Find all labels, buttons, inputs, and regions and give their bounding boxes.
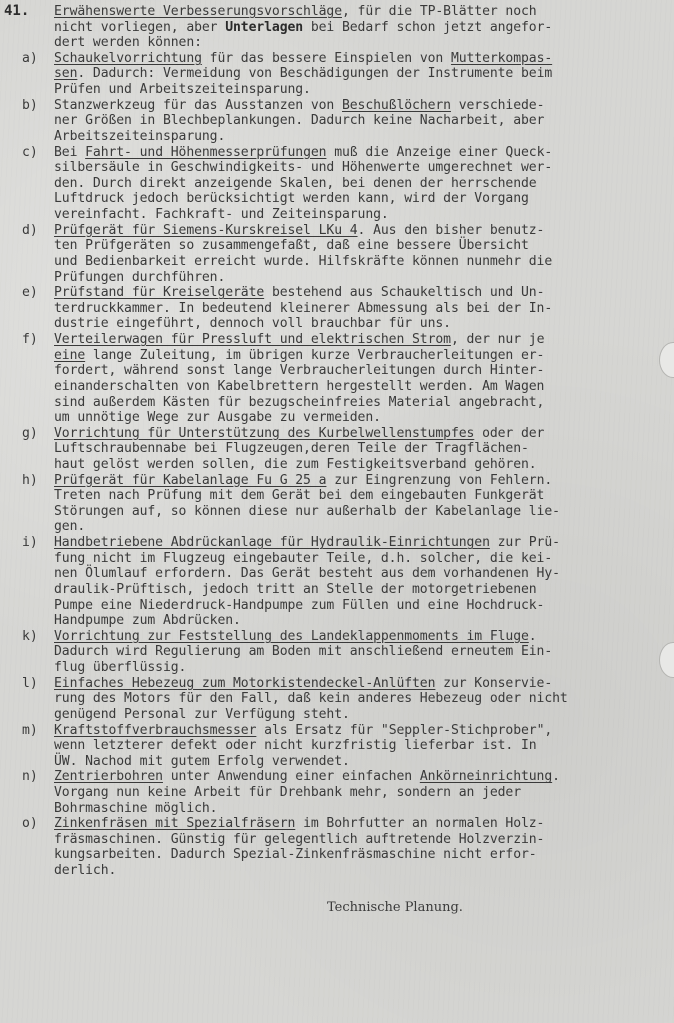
text-line: Prüfgerät für Kabelanlage Fu G 25 a zur … (54, 473, 552, 489)
item-label: b) (22, 98, 38, 114)
item-label: l) (22, 676, 38, 692)
text-line: fung nicht im Flugzeug eingebauter Teile… (54, 551, 552, 567)
text-span: Handpumpe zum Abdrücken. (54, 613, 241, 628)
text-line: Vorgang nun keine Arbeit für Drehbank me… (54, 785, 521, 801)
text-span: als Ersatz für "Seppler-Stichprober", (256, 723, 552, 738)
text-span: draulik-Prüftisch, jedoch tritt an Stell… (54, 582, 537, 597)
text-span: . Dadurch: Vermeidung von Beschädigungen… (77, 66, 552, 81)
text-line: um unnötige Wege zur Ausgabe zu vermeide… (54, 410, 381, 426)
text-span: fordert, während sonst lange Verbraucher… (54, 363, 544, 378)
text-span: . (552, 769, 560, 784)
item-label: h) (22, 473, 38, 489)
text-span: ÜW. Nachod mit gutem Erfolg verwendet. (54, 754, 350, 769)
text-line: draulik-Prüftisch, jedoch tritt an Stell… (54, 582, 537, 598)
text-span: flug überflüssig. (54, 660, 186, 675)
underlined-term: Beschußlöchern (342, 98, 451, 113)
item-label: e) (22, 285, 38, 301)
text-span: verschiede- (451, 98, 544, 113)
text-line: Verteilerwagen für Pressluft und elektri… (54, 332, 544, 348)
text-line: Bei Fahrt- und Höhenmesserprüfungen muß … (54, 145, 552, 161)
text-line: dert werden können: (54, 35, 202, 51)
text-span: zur Eingrenzung von Fehlern. (326, 473, 552, 488)
section-number: 41. (4, 3, 29, 19)
text-span: Luftdruck jedoch berücksichtigt werden k… (54, 191, 529, 206)
text-line: Stanzwerkzeug für das Ausstanzen von Bes… (54, 98, 544, 114)
underlined-term: Handbetriebene Abdrückanlage für Hydraul… (54, 535, 490, 550)
text-line: fräsmaschinen. Günstig für gelegentlich … (54, 832, 544, 848)
text-line: sind außerdem Kästen für bezugscheinfrei… (54, 395, 544, 411)
text-line: und Bedienbarkeit erreicht wurde. Hilfsk… (54, 254, 552, 270)
underlined-term: Verteilerwagen für Pressluft und elektri… (54, 332, 451, 347)
text-span: dustrie eingeführt, dennoch voll brauchb… (54, 316, 451, 331)
text-span: Unterlagen (225, 20, 303, 35)
text-span: muß die Anzeige einer Queck- (326, 145, 552, 160)
signature: Technische Planung. (327, 900, 463, 915)
text-line: ten Prüfgeräten so zusammengefaßt, daß e… (54, 238, 529, 254)
text-line: Schaukelvorrichtung für das bessere Eins… (54, 51, 552, 67)
text-span: , der nur je (451, 332, 544, 347)
text-line: Störungen auf, so können diese nur außer… (54, 504, 560, 520)
text-line: den. Durch direkt anzeigende Skalen, bei… (54, 176, 537, 192)
text-span: Bei (54, 145, 85, 160)
item-label: a) (22, 51, 38, 67)
item-label: f) (22, 332, 38, 348)
text-span: im Bohrfutter an normalen Holz- (295, 816, 544, 831)
text-span: oder der (474, 426, 544, 441)
text-line: Einfaches Hebezeug zum Motorkistendeckel… (54, 676, 552, 692)
text-span: terdruckkammer. In bedeutend kleinerer A… (54, 301, 552, 316)
text-span: zur Prü- (490, 535, 560, 550)
item-label: o) (22, 816, 38, 832)
text-span: silbersäule in Geschwindigkeits- und Höh… (54, 160, 552, 175)
text-span: Luftschraubennabe bei Flugzeugen,deren T… (54, 441, 529, 456)
text-line: nicht vorliegen, aber Unterlagen bei Bed… (54, 20, 552, 36)
underlined-term: eine (54, 348, 85, 363)
text-line: Prüfungen durchführen. (54, 270, 225, 286)
text-span: bei Bedarf schon jetzt angefor- (303, 20, 552, 35)
text-span: Störungen auf, so können diese nur außer… (54, 504, 560, 519)
text-span: Arbeitszeiteinsparung. (54, 129, 225, 144)
text-line: vereinfacht. Fachkraft- und Zeiteinsparu… (54, 207, 389, 223)
text-line: gen. (54, 519, 85, 535)
text-span: kungsarbeiten. Dadurch Spezial-Zinkenfrä… (54, 847, 537, 862)
text-span: ten Prüfgeräten so zusammengefaßt, daß e… (54, 238, 529, 253)
text-line: Prüfstand für Kreiselgeräte bestehend au… (54, 285, 544, 301)
text-line: Arbeitszeiteinsparung. (54, 129, 225, 145)
text-line: Luftdruck jedoch berücksichtigt werden k… (54, 191, 529, 207)
underlined-term: Erwähenswerte Verbesserungsvorschläge (54, 4, 342, 19)
text-line: terdruckkammer. In bedeutend kleinerer A… (54, 301, 552, 317)
text-span: zur Konservie- (435, 676, 552, 691)
text-line: Vorrichtung zur Feststellung des Landekl… (54, 629, 537, 645)
text-line: ÜW. Nachod mit gutem Erfolg verwendet. (54, 754, 350, 770)
text-line: Pumpe eine Niederdruck-Handpumpe zum Fül… (54, 598, 544, 614)
underlined-term: Fahrt- und Höhenmesserprüfungen (85, 145, 326, 160)
text-span: Stanzwerkzeug für das Ausstanzen von (54, 98, 342, 113)
underlined-term: Mutterkompas- (451, 51, 552, 66)
text-span: Bohrmaschine möglich. (54, 801, 217, 816)
text-span: fräsmaschinen. Günstig für gelegentlich … (54, 832, 544, 847)
text-span: rung des Motors für den Fall, daß kein a… (54, 691, 568, 706)
text-line: kungsarbeiten. Dadurch Spezial-Zinkenfrä… (54, 847, 537, 863)
text-line: Treten nach Prüfung mit dem Gerät bei de… (54, 488, 544, 504)
text-line: Handbetriebene Abdrückanlage für Hydraul… (54, 535, 560, 551)
text-span: ner Größen in Blechbeplankungen. Dadurch… (54, 113, 544, 128)
underlined-term: Schaukelvorrichtung (54, 51, 202, 66)
text-span: , für die TP-Blätter noch (342, 4, 537, 19)
text-line: Dadurch wird Regulierung am Boden mit an… (54, 644, 552, 660)
underlined-term: Einfaches Hebezeug zum Motorkistendeckel… (54, 676, 435, 691)
text-line: Zinkenfräsen mit Spezialfräsern im Bohrf… (54, 816, 544, 832)
item-label: c) (22, 145, 38, 161)
text-span: Dadurch wird Regulierung am Boden mit an… (54, 644, 552, 659)
underlined-term: Zinkenfräsen mit Spezialfräsern (54, 816, 295, 831)
text-span: lange Zuleitung, im übrigen kurze Verbra… (85, 348, 544, 363)
text-span: einanderschalten von Kabelbrettern herge… (54, 379, 544, 394)
underlined-term: Kraftstoffverbrauchsmesser (54, 723, 256, 738)
text-line: nen Ölumlauf erfordern. Das Gerät besteh… (54, 566, 560, 582)
text-line: fordert, während sonst lange Verbraucher… (54, 363, 544, 379)
text-span: für das bessere Einspielen von (202, 51, 451, 66)
punch-hole (659, 642, 674, 678)
text-span: Treten nach Prüfung mit dem Gerät bei de… (54, 488, 544, 503)
text-line: wenn letzterer defekt oder nicht kurzfri… (54, 738, 537, 754)
text-span: derlich. (54, 863, 116, 878)
text-span: haut gelöst werden sollen, die zum Festi… (54, 457, 537, 472)
text-span: nicht vorliegen, aber (54, 20, 225, 35)
text-span: gen. (54, 519, 85, 534)
text-line: Zentrierbohren unter Anwendung einer ein… (54, 769, 560, 785)
underlined-term: Prüfgerät für Siemens-Kurskreisel LKu 4 (54, 223, 358, 238)
text-line: Prüfgerät für Siemens-Kurskreisel LKu 4.… (54, 223, 544, 239)
item-label: m) (22, 723, 38, 739)
text-line: Kraftstoffverbrauchsmesser als Ersatz fü… (54, 723, 552, 739)
text-span: dert werden können: (54, 35, 202, 50)
underlined-term: Vorrichtung zur Feststellung des Landekl… (54, 629, 529, 644)
text-line: derlich. (54, 863, 116, 879)
text-line: Handpumpe zum Abdrücken. (54, 613, 241, 629)
text-span: wenn letzterer defekt oder nicht kurzfri… (54, 738, 537, 753)
underlined-term: Ankörneinrichtung (420, 769, 552, 784)
text-span: nen Ölumlauf erfordern. Das Gerät besteh… (54, 566, 560, 581)
text-span: fung nicht im Flugzeug eingebauter Teile… (54, 551, 552, 566)
text-span: vereinfacht. Fachkraft- und Zeiteinsparu… (54, 207, 389, 222)
text-line: sen. Dadurch: Vermeidung von Beschädigun… (54, 66, 552, 82)
underlined-term: Zentrierbohren (54, 769, 163, 784)
text-span: . Aus den bisher benutz- (358, 223, 545, 238)
item-label: k) (22, 629, 38, 645)
text-span: Prüfungen durchführen. (54, 270, 225, 285)
underlined-term: Prüfstand für Kreiselgeräte (54, 285, 264, 300)
text-line: rung des Motors für den Fall, daß kein a… (54, 691, 568, 707)
item-label: i) (22, 535, 38, 551)
text-line: haut gelöst werden sollen, die zum Festi… (54, 457, 537, 473)
item-label: n) (22, 769, 38, 785)
underlined-term: Prüfgerät für Kabelanlage Fu G 25 a (54, 473, 326, 488)
text-span: Prüfen und Arbeitszeiteinsparung. (54, 82, 311, 97)
underlined-term: sen (54, 66, 77, 81)
text-line: Luftschraubennabe bei Flugzeugen,deren T… (54, 441, 529, 457)
text-span: Pumpe eine Niederdruck-Handpumpe zum Fül… (54, 598, 544, 613)
text-line: ner Größen in Blechbeplankungen. Dadurch… (54, 113, 544, 129)
text-line: Bohrmaschine möglich. (54, 801, 217, 817)
text-span: unter Anwendung einer einfachen (163, 769, 420, 784)
text-line: flug überflüssig. (54, 660, 186, 676)
text-span: und Bedienbarkeit erreicht wurde. Hilfsk… (54, 254, 552, 269)
text-span: sind außerdem Kästen für bezugscheinfrei… (54, 395, 544, 410)
document-page: 41. Erwähenswerte Verbesserungsvorschläg… (0, 0, 674, 1023)
text-span: den. Durch direkt anzeigende Skalen, bei… (54, 176, 537, 191)
text-span: bestehend aus Schaukeltisch und Un- (264, 285, 544, 300)
text-line: Vorrichtung für Unterstützung des Kurbel… (54, 426, 544, 442)
text-line: silbersäule in Geschwindigkeits- und Höh… (54, 160, 552, 176)
text-line: eine lange Zuleitung, im übrigen kurze V… (54, 348, 544, 364)
text-span: Vorgang nun keine Arbeit für Drehbank me… (54, 785, 521, 800)
text-line: dustrie eingeführt, dennoch voll brauchb… (54, 316, 451, 332)
text-line: Erwähenswerte Verbesserungsvorschläge, f… (54, 4, 537, 20)
item-label: g) (22, 426, 38, 442)
item-label: d) (22, 223, 38, 239)
text-line: Prüfen und Arbeitszeiteinsparung. (54, 82, 311, 98)
text-line: genügend Personal zur Verfügung steht. (54, 707, 350, 723)
text-span: genügend Personal zur Verfügung steht. (54, 707, 350, 722)
text-span: um unnötige Wege zur Ausgabe zu vermeide… (54, 410, 381, 425)
text-line: einanderschalten von Kabelbrettern herge… (54, 379, 544, 395)
text-span: . (529, 629, 537, 644)
punch-hole (659, 342, 674, 378)
underlined-term: Vorrichtung für Unterstützung des Kurbel… (54, 426, 474, 441)
